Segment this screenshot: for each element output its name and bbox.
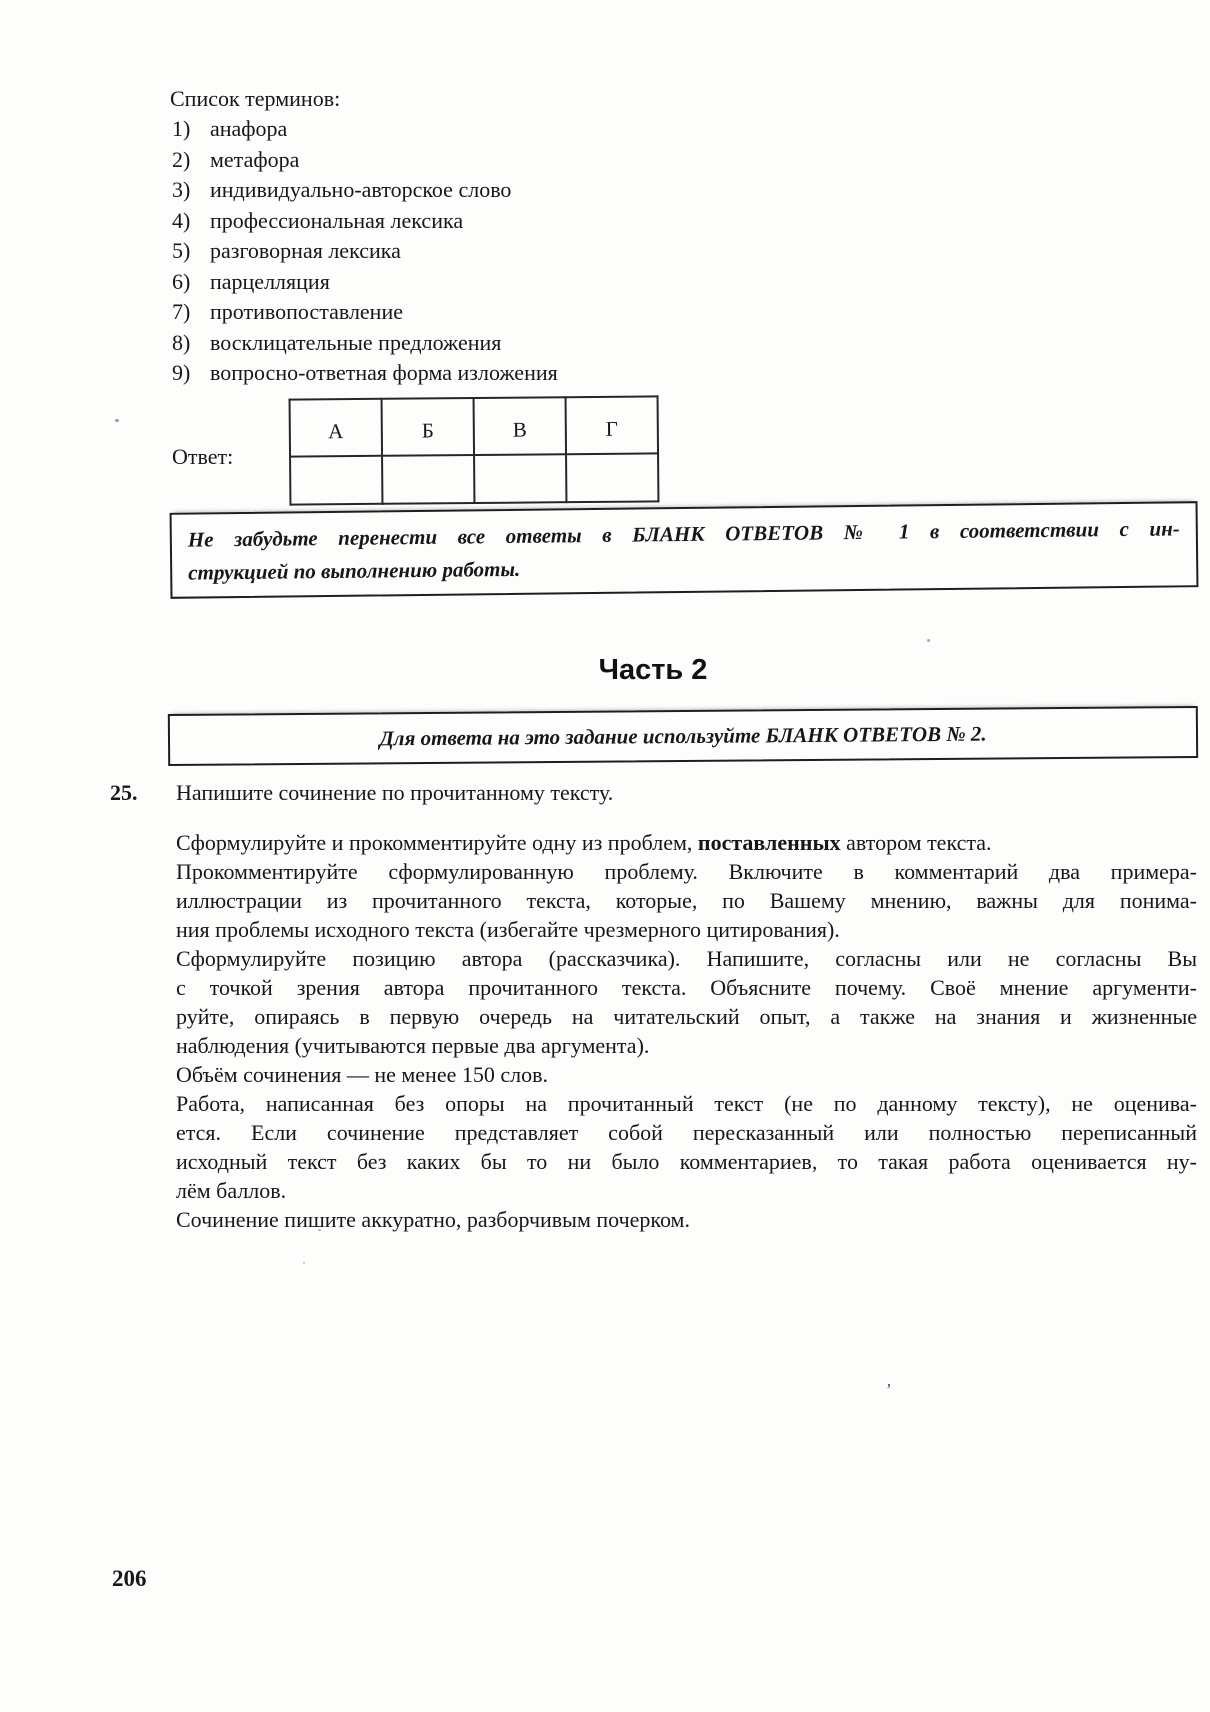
term-number: 5)	[172, 238, 210, 264]
scanned-exam-page: Список терминов: 1)анафора 2)метафора 3)…	[0, 0, 1210, 1712]
term-label: противопоставление	[210, 299, 403, 324]
answer-cell-b	[382, 455, 474, 504]
term-item-6: 6)парцелляция	[172, 269, 330, 297]
term-label: индивидуально-авторское слово	[210, 177, 511, 202]
answer-sheet2-note-box: Для ответа на это задание используйте БЛ…	[168, 706, 1198, 766]
term-number: 8)	[172, 330, 210, 356]
task-line2-pre: Сформулируйте и прокомментируйте одну из…	[176, 830, 698, 855]
task-line: руйте, опираясь в первую очередь на чита…	[176, 1004, 1197, 1033]
term-number: 2)	[172, 147, 210, 173]
answer-table: А Б В Г	[289, 395, 660, 505]
term-number: 7)	[172, 299, 210, 325]
page-number: 206	[112, 1566, 147, 1592]
task-line: Сочинение пишите аккуратно, разборчивым …	[176, 1207, 1197, 1236]
answer-cell-g	[566, 453, 658, 502]
answer-col-v: В	[474, 397, 566, 455]
answer-cell-a	[290, 456, 382, 505]
answer-table-value-row	[290, 453, 658, 504]
term-item-3: 3)индивидуально-авторское слово	[172, 177, 511, 205]
term-item-8: 8)восклицательные предложения	[172, 330, 501, 358]
term-label: профессиональная лексика	[210, 208, 463, 233]
answer-col-g: Г	[566, 396, 658, 454]
term-label: парцелляция	[210, 269, 330, 294]
task-line: наблюдения (учитываются первые два аргум…	[176, 1033, 1197, 1062]
task-line: исходный текст без каких бы то ни было к…	[176, 1149, 1197, 1178]
term-item-9: 9)вопросно-ответная форма изложения	[172, 360, 558, 388]
task-line-formulate: Сформулируйте и прокомментируйте одну из…	[176, 830, 1197, 859]
term-label: разговорная лексика	[210, 238, 401, 263]
term-item-4: 4)профессиональная лексика	[172, 208, 463, 236]
scan-speck	[318, 1229, 321, 1231]
term-number: 4)	[172, 208, 210, 234]
answer-cell-v	[474, 454, 566, 503]
term-number: 1)	[172, 116, 210, 142]
task-line: иллюстрации из прочитанного текста, кото…	[176, 888, 1197, 917]
task-line: ния проблемы исходного текста (избегайте…	[176, 917, 1197, 946]
scan-speck	[927, 639, 930, 642]
scan-speck	[303, 1262, 305, 1264]
note2-text: Для ответа на это задание используйте БЛ…	[186, 708, 1180, 764]
term-label: восклицательные предложения	[210, 330, 501, 355]
task-line: Прокомментируйте сформулированную пробле…	[176, 859, 1197, 888]
term-label: анафора	[210, 116, 287, 141]
task-line: Объём сочинения — не менее 150 слов.	[176, 1062, 1197, 1091]
term-number: 6)	[172, 269, 210, 295]
task-line2-post: автором текста.	[841, 830, 992, 855]
term-label: вопросно-ответная форма изложения	[210, 360, 558, 385]
task-line2-bold-word: поставленных	[698, 830, 841, 855]
answer-col-a: А	[290, 399, 382, 457]
answer-table-header-row: А Б В Г	[290, 396, 658, 456]
task-line: лём баллов.	[176, 1178, 1197, 1207]
task-line: Работа, написанная без опоры на прочитан…	[176, 1091, 1197, 1120]
scan-speck	[115, 419, 119, 422]
transfer-answers-note-box: Не забудьте перенести все ответы в БЛАНК…	[170, 501, 1199, 599]
task-intro-line: Напишите сочинение по прочитанному текст…	[176, 780, 1197, 809]
answer-label: Ответ:	[172, 444, 233, 470]
task-number: 25.	[110, 780, 138, 806]
term-number: 3)	[172, 177, 210, 203]
term-item-2: 2)метафора	[172, 147, 299, 175]
task-line: Сформулируйте позицию автора (рассказчик…	[176, 946, 1197, 975]
term-item-5: 5)разговорная лексика	[172, 238, 401, 266]
terms-list-heading: Список терминов:	[170, 86, 340, 112]
part2-heading: Часть 2	[553, 654, 753, 687]
scan-mark: ’	[886, 1380, 892, 1400]
term-item-7: 7)противопоставление	[172, 299, 403, 327]
task-line: с точкой зрения автора прочитанного текс…	[176, 975, 1197, 1004]
term-number: 9)	[172, 360, 210, 386]
task-line: ется. Если сочинение представляет собой …	[176, 1120, 1197, 1149]
term-label: метафора	[210, 147, 299, 172]
answer-col-b: Б	[382, 398, 474, 456]
term-item-1: 1)анафора	[172, 116, 287, 144]
